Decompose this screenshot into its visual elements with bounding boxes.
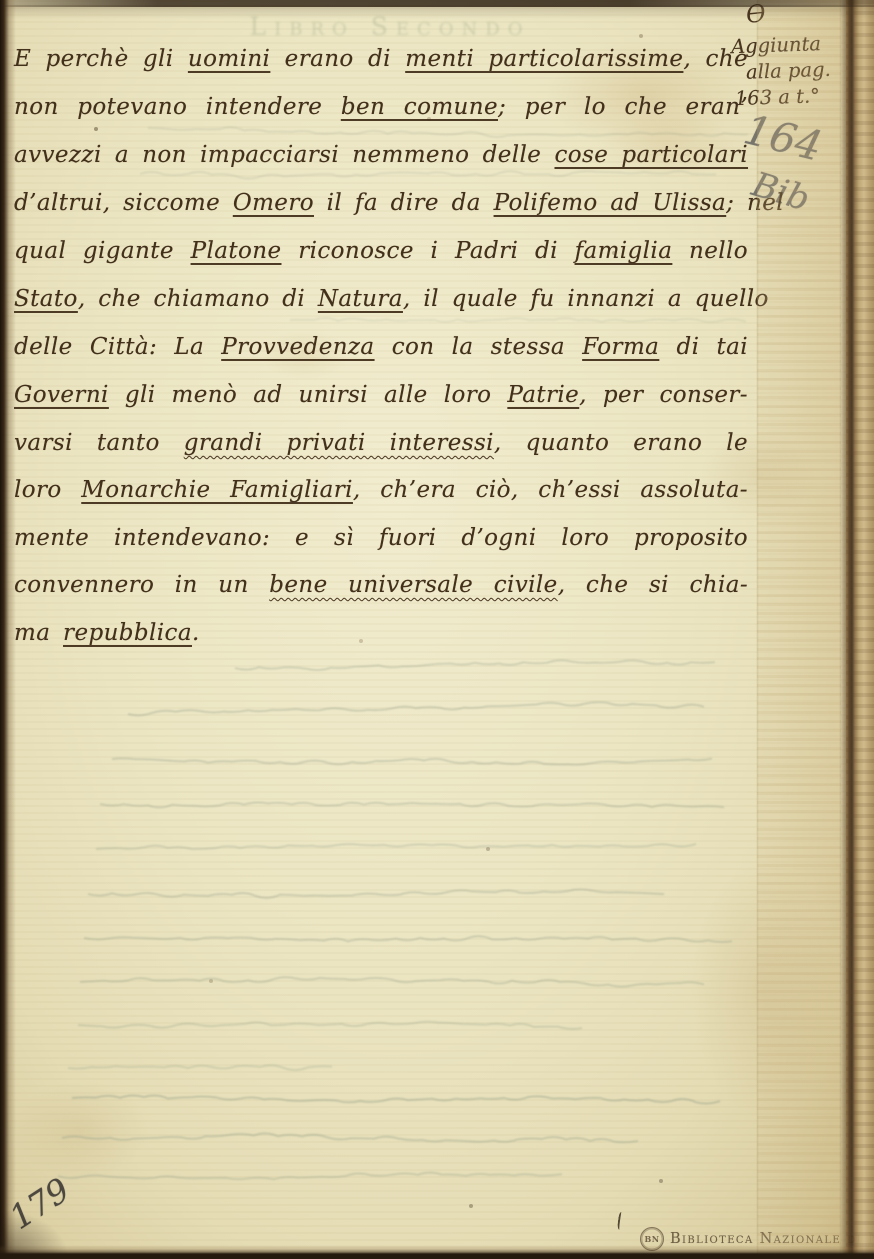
underlined-text: Polifemo ad Ulissa bbox=[494, 190, 727, 216]
text-segment: con la stessa bbox=[375, 334, 583, 360]
manuscript-line: Governi gli menò ad unirsi alle loro Pat… bbox=[14, 378, 748, 414]
manuscript-line: varsi tanto grandi privati interessi, qu… bbox=[14, 426, 748, 462]
text-segment: ; per lo che eran’ bbox=[498, 94, 748, 120]
page-edge-bottom bbox=[0, 1245, 874, 1259]
manuscript-line: non potevano intendere ben comune; per l… bbox=[14, 90, 748, 126]
manuscript-line: qual gigante Platone riconosce i Padri d… bbox=[14, 234, 748, 270]
text-segment: , per conser- bbox=[579, 382, 748, 408]
underlined-text: repubblica bbox=[63, 620, 192, 646]
manuscript-line: E perchè gli uomini erano di menti parti… bbox=[14, 42, 748, 78]
text-segment: , quanto erano le bbox=[494, 430, 748, 456]
text-segment: varsi tanto bbox=[14, 430, 184, 456]
text-segment: erano di bbox=[270, 46, 405, 72]
manuscript-line: loro Monarchie Famigliari, ch’era ciò, c… bbox=[14, 473, 748, 509]
text-segment: riconosce i Padri di bbox=[281, 238, 574, 264]
underlined-text: Governi bbox=[14, 382, 109, 408]
text-segment: E perchè gli bbox=[14, 46, 188, 72]
text-segment: delle Città: La bbox=[14, 334, 221, 360]
paper-stain bbox=[10, 1080, 150, 1180]
logo-monogram: BN bbox=[644, 1234, 659, 1244]
underlined-text: ben comune bbox=[341, 94, 498, 120]
page-edge-top-shadow bbox=[0, 5, 874, 19]
text-segment: , che si chia- bbox=[558, 572, 748, 598]
text-segment: il fa dire da bbox=[314, 190, 494, 216]
text-segment: loro bbox=[14, 477, 81, 503]
text-segment: , che bbox=[683, 46, 748, 72]
ink-smudge bbox=[617, 1212, 625, 1231]
text-segment: , il quale fu innanzi a quello bbox=[403, 286, 769, 312]
text-segment: , che chiamano di bbox=[78, 286, 318, 312]
manuscript-line: convennero in un bene universale civile,… bbox=[14, 568, 748, 604]
underlined-text: Stato bbox=[14, 286, 78, 312]
text-segment: d’altrui, siccome bbox=[14, 190, 233, 216]
underlined-text: uomini bbox=[188, 46, 270, 72]
text-segment: qual gigante bbox=[14, 238, 191, 264]
page-corner-shadow bbox=[0, 1209, 70, 1259]
underlined-text: Forma bbox=[582, 334, 659, 360]
manuscript-line: mente intendevano: e sì fuori d’ogni lor… bbox=[14, 521, 748, 557]
underlined-text: Platone bbox=[191, 238, 282, 264]
text-segment: gli menò ad unirsi alle loro bbox=[109, 382, 508, 408]
text-segment: avvezzi a non impacciarsi nemmeno delle bbox=[14, 142, 554, 168]
text-segment: mente intendevano: e sì fuori d’ogni lor… bbox=[14, 525, 748, 551]
text-segment: . bbox=[192, 620, 200, 646]
text-segment: ma bbox=[14, 620, 63, 646]
underlined-text: famiglia bbox=[575, 238, 673, 264]
underlined-text: Omero bbox=[233, 190, 314, 216]
text-segment: nello bbox=[672, 238, 748, 264]
underlined-text: cose particolari bbox=[554, 142, 748, 168]
text-segment: convennero in un bbox=[14, 572, 269, 598]
underlined-text: Patrie bbox=[507, 382, 579, 408]
manuscript-page: Libro Secondo Ɵ Aggiunta alla pag. 163 a… bbox=[0, 0, 874, 1259]
underlined-text: Provvedenza bbox=[221, 334, 374, 360]
book-edge bbox=[846, 0, 874, 1259]
underlined-text: bene universale civile bbox=[269, 572, 557, 598]
manuscript-line: ma repubblica. bbox=[14, 616, 748, 652]
manuscript-line: Stato, che chiamano di Natura, il quale … bbox=[14, 282, 748, 318]
underlined-text: Natura bbox=[318, 286, 403, 312]
manuscript-line: d’altrui, siccome Omero il fa dire da Po… bbox=[14, 186, 748, 222]
text-segment: , ch’era ciò, ch’essi assoluta- bbox=[353, 477, 748, 503]
manuscript-line: delle Città: La Provvedenza con la stess… bbox=[14, 330, 748, 366]
right-margin-strip bbox=[757, 0, 841, 1259]
book-spine-shadow bbox=[0, 0, 16, 1259]
manuscript-line: avvezzi a non impacciarsi nemmeno delle … bbox=[14, 138, 748, 174]
underlined-text: Monarchie Famigliari bbox=[81, 477, 353, 503]
underlined-text: grandi privati interessi bbox=[184, 430, 494, 456]
text-segment: di tai bbox=[659, 334, 748, 360]
text-segment: non potevano intendere bbox=[14, 94, 341, 120]
underlined-text: menti particolarissime bbox=[405, 46, 683, 72]
